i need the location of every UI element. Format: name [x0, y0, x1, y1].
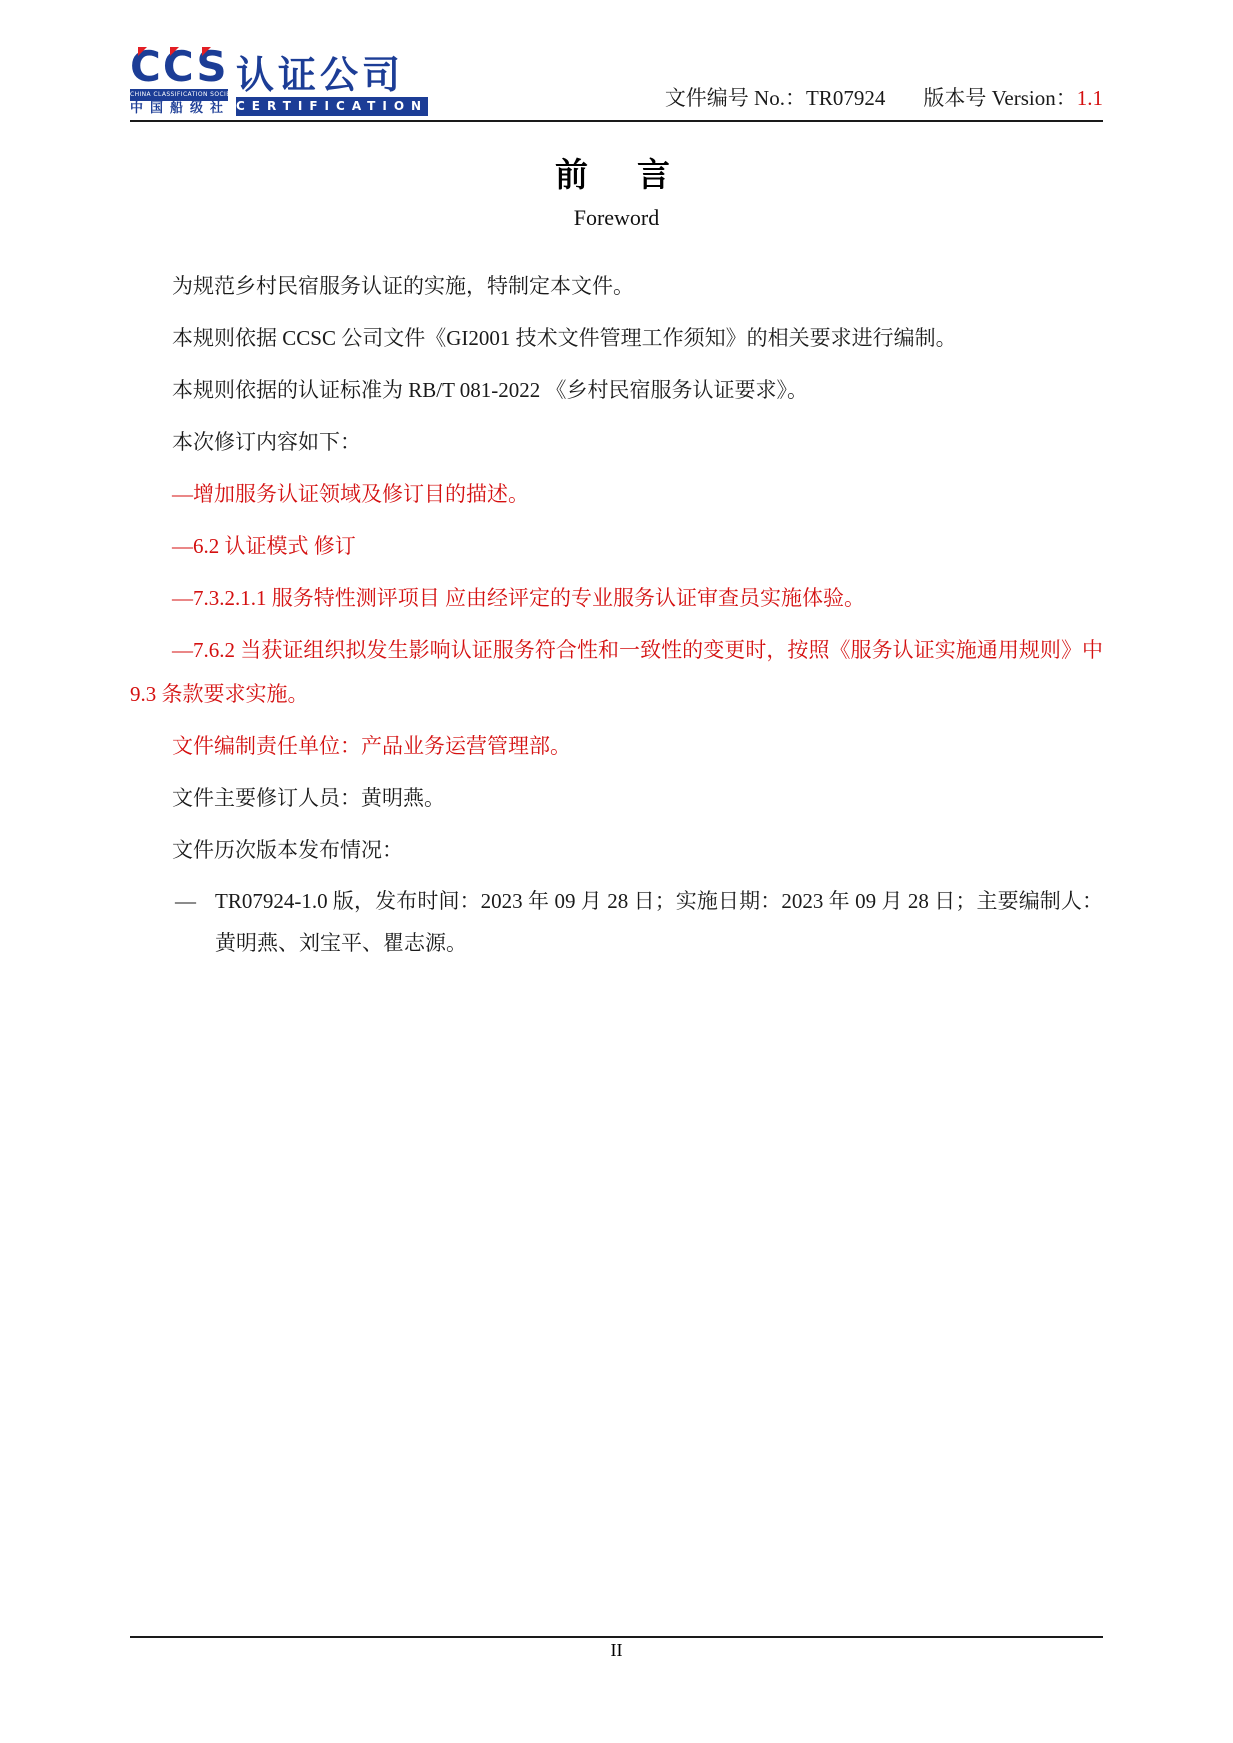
- revision-item: —7.6.2 当获证组织拟发生影响认证服务符合性和一致性的变更时，按照《服务认证…: [130, 628, 1103, 716]
- version-value: 1.1: [1077, 86, 1103, 110]
- page-number: II: [611, 1640, 623, 1660]
- company-name-cn: 认证公司: [236, 55, 428, 95]
- revision-item: —7.3.2.1.1 服务特性测评项目 应由经评定的专业服务认证审查员实施体验。: [130, 576, 1103, 620]
- ccs-red-accent-icon: [138, 47, 147, 56]
- revisers: 文件主要修订人员：黄明燕。: [130, 776, 1103, 820]
- paragraph: 本规则依据的认证标准为 RB/T 081-2022 《乡村民宿服务认证要求》。: [130, 368, 1103, 412]
- ccs-red-accent-icon: [170, 47, 179, 56]
- certification-banner: CERTIFICATION: [236, 97, 428, 116]
- responsible-unit: 文件编制责任单位：产品业务运营管理部。: [130, 724, 1103, 768]
- paragraph: 本次修订内容如下：: [130, 420, 1103, 464]
- version-history-item: — TR07924-1.0 版，发布时间：2023 年 09 月 28 日；实施…: [130, 880, 1103, 964]
- ccs-letters: CCS: [130, 46, 228, 88]
- ccs-logo: CCS CHINA CLASSIFICATION SOCIETY 中国船级社 认…: [130, 46, 428, 116]
- paragraph: 为规范乡村民宿服务认证的实施，特制定本文件。: [130, 264, 1103, 308]
- page-title: 前 言: [130, 156, 1103, 196]
- society-name-cn: 中国船级社: [130, 101, 228, 116]
- certification-wordmark: 认证公司 CERTIFICATION: [236, 55, 428, 116]
- ccs-red-accent-icon: [202, 47, 211, 56]
- doc-no-label: 文件编号 No.：: [665, 86, 806, 110]
- dash-marker: —: [130, 880, 215, 964]
- revision-item: —增加服务认证领域及修订目的描述。: [130, 472, 1103, 516]
- ccs-logo-mark: CCS CHINA CLASSIFICATION SOCIETY 中国船级社: [130, 46, 228, 116]
- page-header: CCS CHINA CLASSIFICATION SOCIETY 中国船级社 认…: [130, 0, 1103, 122]
- paragraph: 本规则依据 CCSC 公司文件《GI2001 技术文件管理工作须知》的相关要求进…: [130, 316, 1103, 360]
- history-heading: 文件历次版本发布情况：: [130, 828, 1103, 872]
- page-title-en: Foreword: [130, 206, 1103, 230]
- doc-no-value: TR07924: [806, 86, 885, 110]
- version-label: 版本号 Version：: [923, 86, 1076, 110]
- document-meta: 文件编号 No.：TR07924版本号 Version：1.1: [665, 86, 1103, 120]
- page-content: 前 言 Foreword 为规范乡村民宿服务认证的实施，特制定本文件。 本规则依…: [130, 122, 1103, 964]
- version-history-text: TR07924-1.0 版，发布时间：2023 年 09 月 28 日；实施日期…: [215, 880, 1103, 964]
- document-page: CCS CHINA CLASSIFICATION SOCIETY 中国船级社 认…: [0, 0, 1233, 1743]
- page-footer: II: [130, 1636, 1103, 1661]
- foreword-body: 为规范乡村民宿服务认证的实施，特制定本文件。 本规则依据 CCSC 公司文件《G…: [130, 264, 1103, 964]
- revision-item: —6.2 认证模式 修订: [130, 524, 1103, 568]
